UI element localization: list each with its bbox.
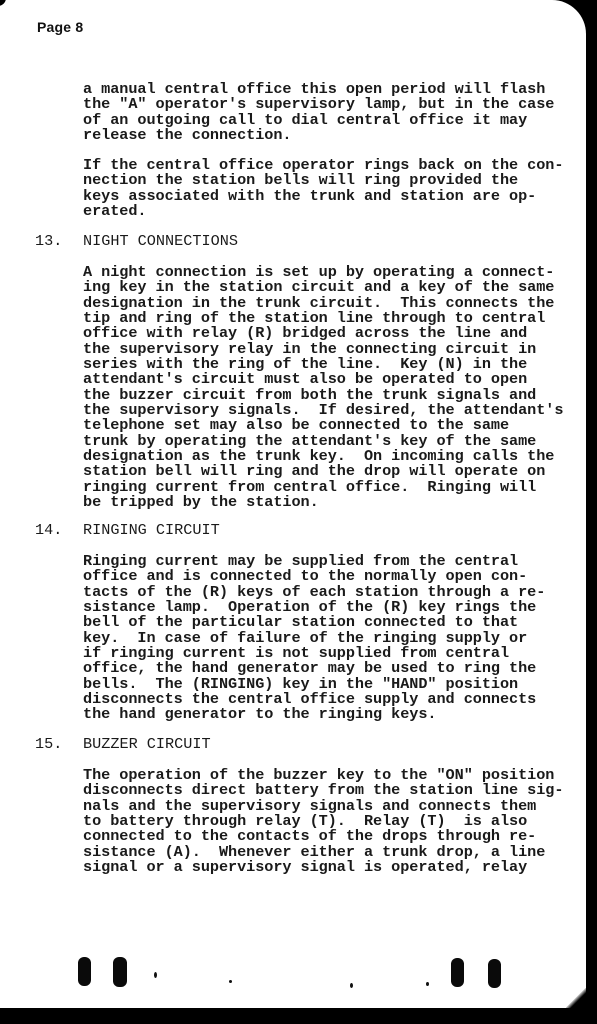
punch-hole-right-2 [488, 959, 501, 988]
page-number: Page 8 [37, 19, 83, 35]
scan-speck [154, 972, 157, 978]
section-title-buzzer-circuit: BUZZER CIRCUIT [83, 737, 211, 752]
punch-hole-right-1 [451, 958, 464, 987]
scan-speck [350, 983, 353, 988]
section-number-15: 15. [35, 737, 62, 752]
section-body-night-connections: A night connection is set up by operatin… [83, 265, 563, 511]
section-title-ringing-circuit: RINGING CIRCUIT [83, 523, 220, 538]
punch-hole-left-1 [78, 957, 91, 986]
document-page: Page 8 a manual central office this open… [0, 0, 586, 1008]
page-curl-corner [566, 988, 586, 1008]
scan-speck [426, 982, 429, 986]
section-title-night-connections: NIGHT CONNECTIONS [83, 234, 238, 249]
paragraph-ringback: If the central office operator rings bac… [83, 158, 563, 219]
scan-corner-shadow [0, 0, 6, 6]
section-body-buzzer-circuit: The operation of the buzzer key to the "… [83, 768, 563, 875]
section-body-ringing-circuit: Ringing current may be supplied from the… [83, 554, 545, 723]
scan-speck [229, 980, 232, 983]
section-number-14: 14. [35, 523, 62, 538]
punch-hole-left-2 [113, 957, 127, 987]
paragraph-continuation: a manual central office this open period… [83, 82, 554, 143]
section-number-13: 13. [35, 234, 62, 249]
